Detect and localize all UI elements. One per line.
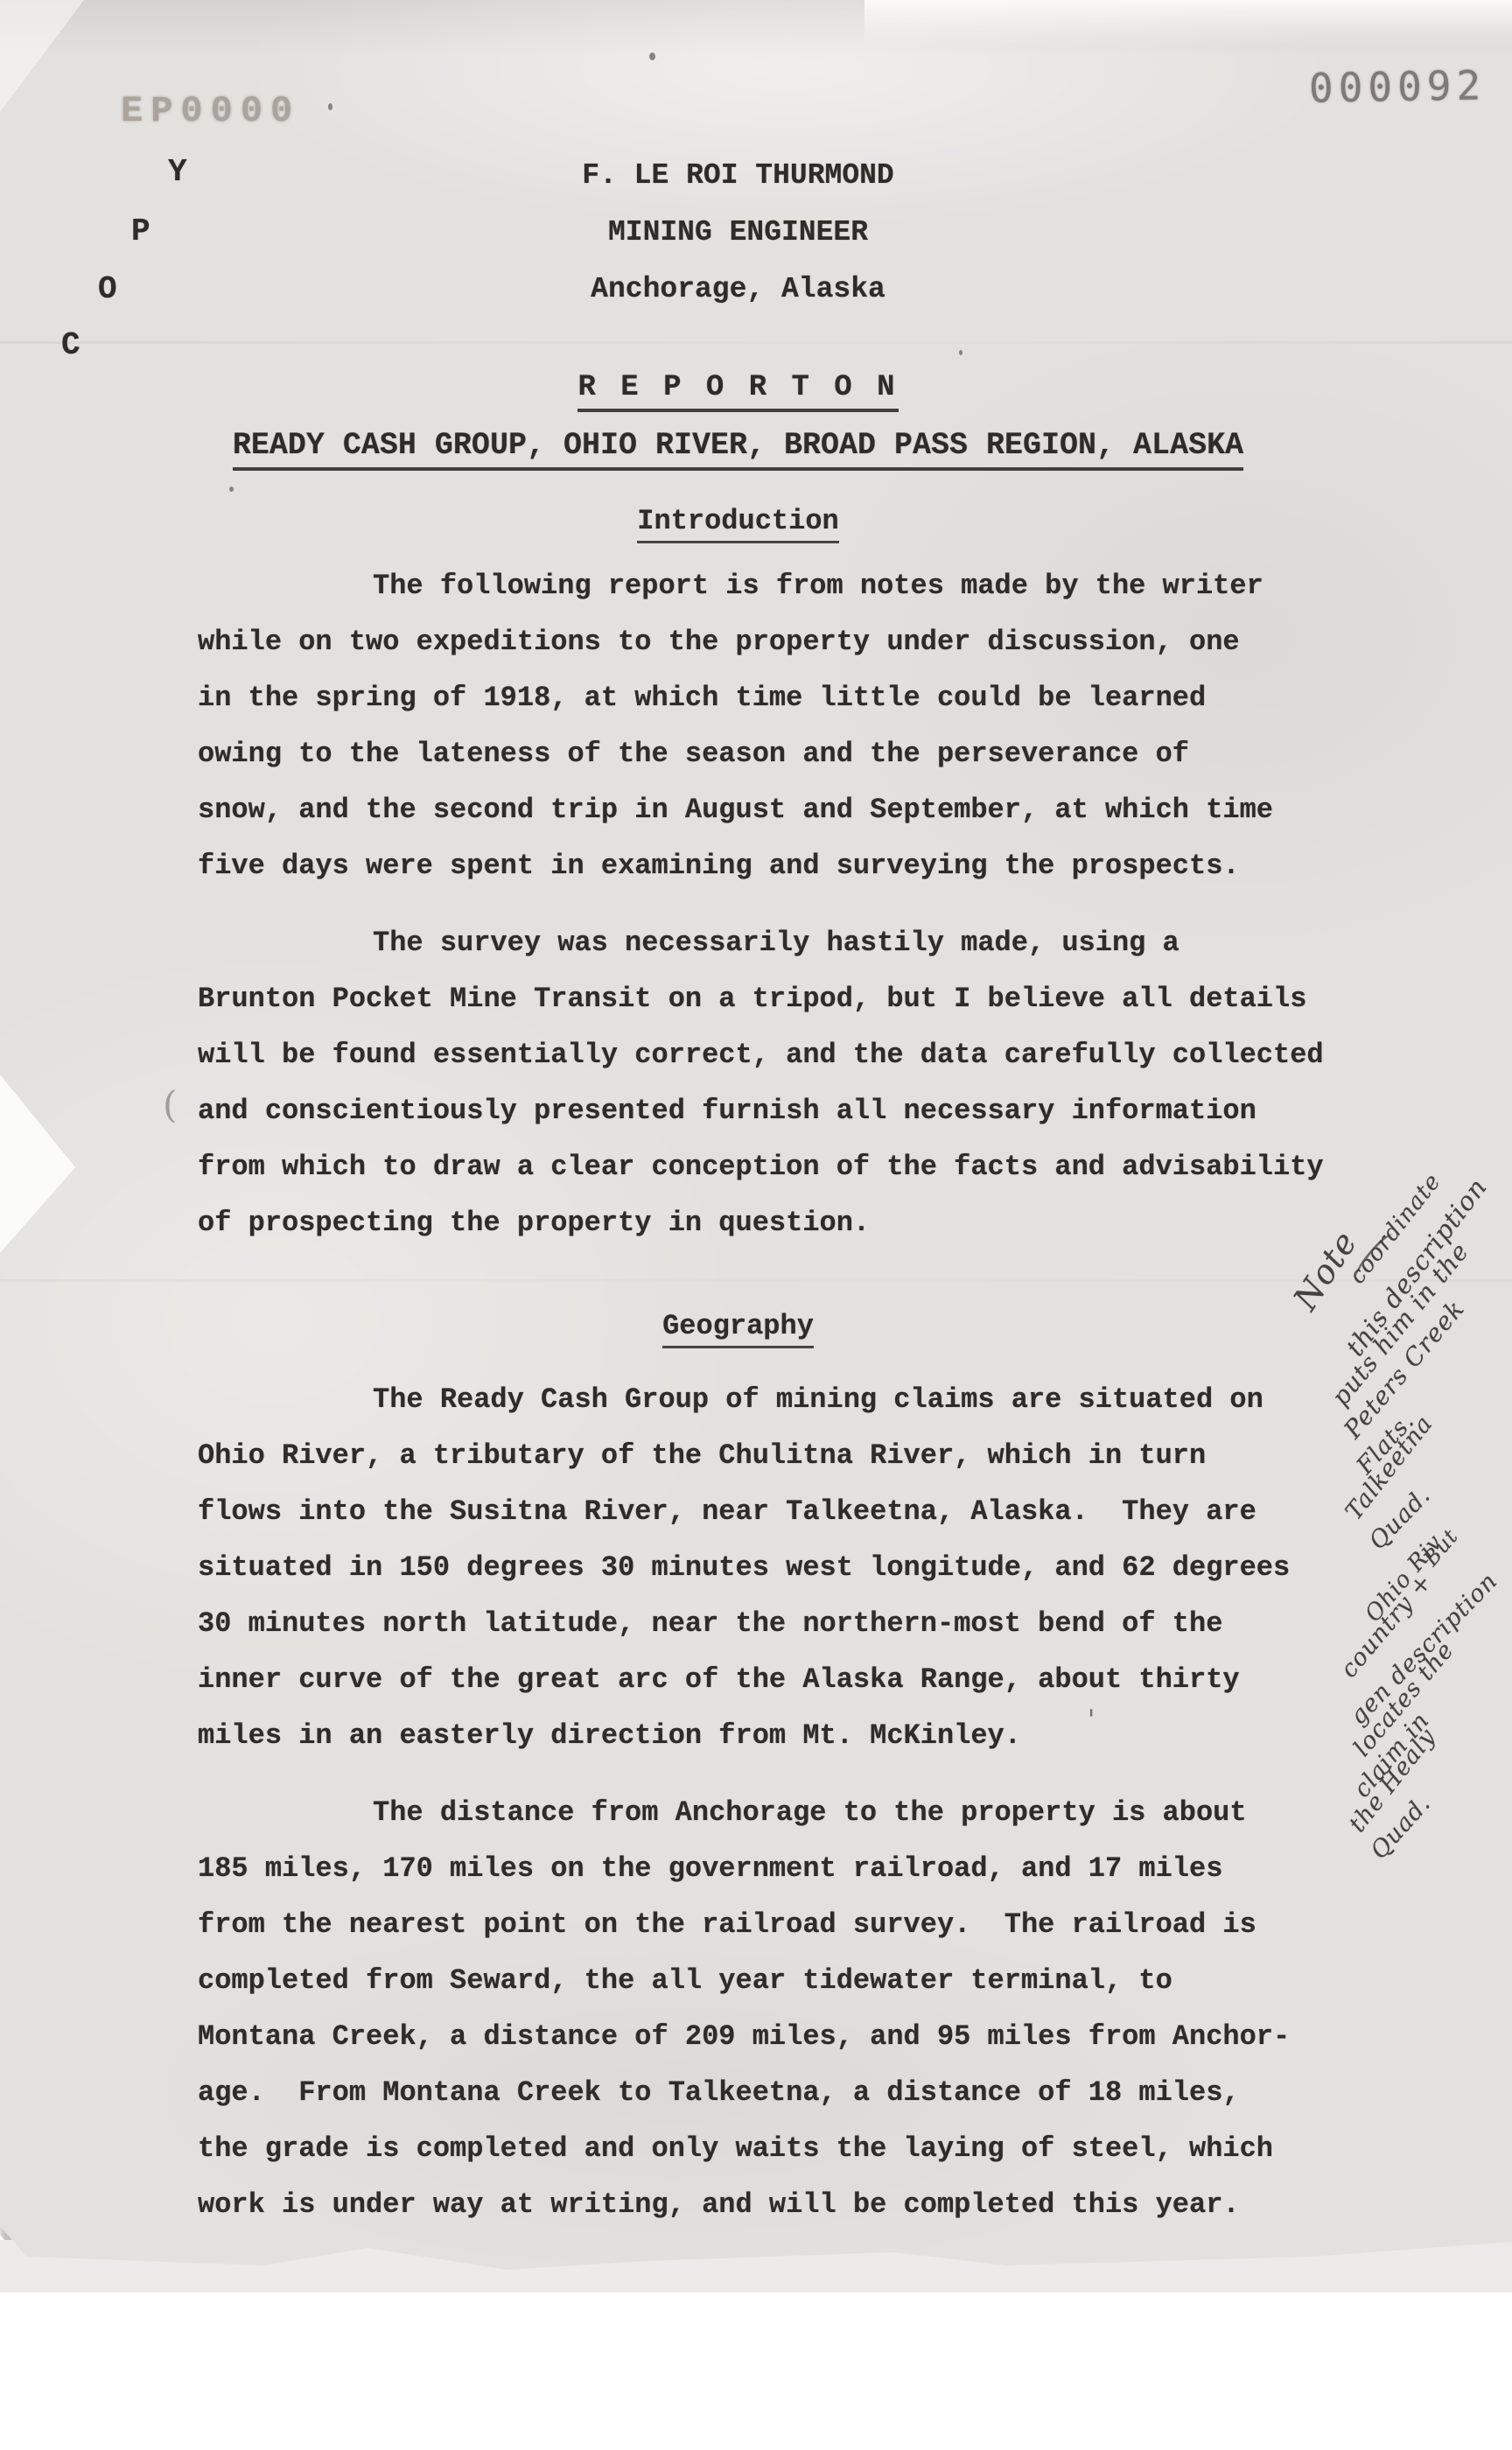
text-line: The survey was necessarily hastily made,… xyxy=(198,915,1318,971)
author-location: Anchorage, Alaska xyxy=(198,261,1278,318)
report-subject-line: READY CASH GROUP, OHIO RIVER, BROAD PASS… xyxy=(198,428,1278,463)
text-line: owing to the lateness of the season and … xyxy=(198,726,1318,782)
text-line: from which to draw a clear conception of… xyxy=(198,1139,1318,1195)
text-line: 30 minutes north latitude, near the nort… xyxy=(198,1596,1318,1652)
text-line: The following report is from notes made … xyxy=(198,558,1318,614)
author-role: MINING ENGINEER xyxy=(198,204,1278,261)
text-line: in the spring of 1918, at which time lit… xyxy=(198,670,1318,726)
letterhead: F. LE ROI THURMOND MINING ENGINEER Ancho… xyxy=(198,147,1278,318)
scanned-report-page: EP0000 000092 Y P O C F. LE ROI THURMOND… xyxy=(0,0,1512,2450)
text-line: miles in an easterly direction from Mt. … xyxy=(198,1708,1318,1764)
text-line: the grade is completed and only waits th… xyxy=(198,2121,1318,2177)
text-line: work is under way at writing, and will b… xyxy=(198,2177,1318,2233)
text-line: Montana Creek, a distance of 209 miles, … xyxy=(198,2009,1318,2065)
copy-stamp-letter-o: O xyxy=(98,271,117,307)
text-line: and conscientiously presented furnish al… xyxy=(198,1083,1318,1139)
copy-stamp-letter-p: P xyxy=(131,213,150,249)
text-line: completed from Seward, the all year tide… xyxy=(198,1953,1318,2009)
text-line: from the nearest point on the railroad s… xyxy=(198,1897,1318,1953)
text-line: snow, and the second trip in August and … xyxy=(198,782,1318,838)
copy-stamp-letter-c: C xyxy=(61,327,80,363)
report-title-line: R E P O R T O N xyxy=(198,371,1278,404)
ink-speck xyxy=(328,103,332,110)
text-line: age. From Montana Creek to Talkeetna, a … xyxy=(198,2065,1318,2121)
paper-crease xyxy=(0,341,1512,344)
text-line: Brunton Pocket Mine Transit on a tripod,… xyxy=(198,971,1318,1027)
text-line: inner curve of the great arc of the Alas… xyxy=(198,1652,1318,1708)
ink-speck xyxy=(229,486,234,492)
text-line: will be found essentially correct, and t… xyxy=(198,1027,1318,1083)
text-line: situated in 150 degrees 30 minutes west … xyxy=(198,1540,1318,1596)
text-line: of prospecting the property in question. xyxy=(198,1195,1318,1251)
section-heading-geography: Geography xyxy=(198,1310,1278,1342)
ink-speck xyxy=(649,52,655,60)
faded-reference-stamp: EP0000 xyxy=(121,90,300,132)
paper-crease xyxy=(0,1279,1512,1282)
introduction-paragraph-1: The following report is from notes made … xyxy=(198,558,1318,894)
section-heading-introduction: Introduction xyxy=(198,505,1278,537)
text-line: Ohio River, a tributary of the Chulitna … xyxy=(198,1428,1318,1484)
copy-stamp-letter-y: Y xyxy=(168,154,187,190)
ink-speck xyxy=(959,350,962,355)
pencil-mark: ( xyxy=(163,1083,177,1126)
introduction-paragraph-2: The survey was necessarily hastily made,… xyxy=(198,915,1318,1251)
text-line: five days were spent in examining and su… xyxy=(198,838,1318,894)
text-line: The distance from Anchorage to the prope… xyxy=(198,1785,1318,1841)
geography-paragraph-2: The distance from Anchorage to the prope… xyxy=(198,1785,1318,2233)
paper-top-edge-highlight xyxy=(864,0,1512,45)
geography-paragraph-1: The Ready Cash Group of mining claims ar… xyxy=(198,1372,1318,1764)
text-line: while on two expeditions to the property… xyxy=(198,614,1318,670)
page-number-stamp: 000092 xyxy=(1309,61,1487,112)
text-line: flows into the Susitna River, near Talke… xyxy=(198,1484,1318,1540)
author-name: F. LE ROI THURMOND xyxy=(198,147,1278,204)
text-line: The Ready Cash Group of mining claims ar… xyxy=(198,1372,1318,1428)
stray-tick-mark: ' xyxy=(1088,1704,1095,1735)
report-subject-text: READY CASH GROUP, OHIO RIVER, BROAD PASS… xyxy=(233,428,1243,471)
text-line: 185 miles, 170 miles on the government r… xyxy=(198,1841,1318,1897)
report-title-text: R E P O R T O N xyxy=(577,371,898,412)
